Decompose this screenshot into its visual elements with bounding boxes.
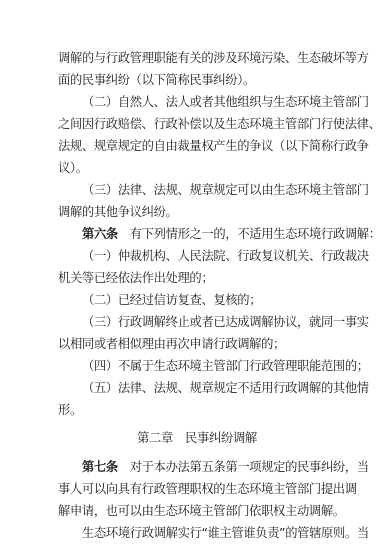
document-page: 调解的与行政管理职能有关的涉及环境污染、生态破坏等方 面的民事纠纷（以下简称民事… <box>0 0 390 551</box>
text-line: （二）已经过信访复查、复核的； <box>58 289 336 311</box>
article-7-heading: 第七条 对于本办法第五条第一项规定的民事纠纷，当 <box>58 456 336 478</box>
text-line: 调解的其他争议纠纷。 <box>58 201 336 223</box>
text-line: 之间因行政赔偿、行政补偿以及生态环境主管部门行使法律、 <box>58 113 336 135</box>
chapter-title: 第二章 民事纠纷调解 <box>58 427 336 449</box>
text-line: 生态环境行政调解实行“谁主管谁负责”的管辖原则。当 <box>58 522 336 544</box>
text-line: （一）仲裁机构、人民法院、行政复议机关、行政裁决 <box>58 245 336 267</box>
article-6-heading: 第六条 有下列情形之一的，不适用生态环境行政调解： <box>58 223 336 245</box>
text-line: 形。 <box>58 399 336 421</box>
text-line: （四）不属于生态环境主管部门行政管理职能范围的； <box>58 355 336 377</box>
article-text: 对于本办法第五条第一项规定的民事纠纷，当 <box>118 460 369 474</box>
article-text: 有下列情形之一的，不适用生态环境行政调解： <box>118 227 381 241</box>
text-line: 议）。 <box>58 157 336 179</box>
text-line: 事人可以向具有行政管理职权的生态环境主管部门提出调 <box>58 478 336 500</box>
text-line: 调解的与行政管理职能有关的涉及环境污染、生态破坏等方 <box>58 47 336 69</box>
article-label: 第六条 <box>82 227 118 241</box>
text-line: 面的民事纠纷（以下简称民事纠纷）。 <box>58 69 336 91</box>
text-line: （二）自然人、法人或者其他组织与生态环境主管部门 <box>58 91 336 113</box>
article-label: 第七条 <box>82 460 118 474</box>
text-line: 法规、规章规定的自由裁量权产生的争议（以下简称行政争 <box>58 135 336 157</box>
text-line: 机关等已经依法作出处理的； <box>58 267 336 289</box>
text-line: （三）法律、法规、规章规定可以由生态环境主管部门 <box>58 179 336 201</box>
text-line: 解申请，也可以由生态环境主管部门依职权主动调解。 <box>58 500 336 522</box>
text-line: （五）法律、法规、规章规定不适用行政调解的其他情 <box>58 377 336 399</box>
text-line: （三）行政调解终止或者已达成调解协议，就同一事实 <box>58 311 336 333</box>
document-body: 调解的与行政管理职能有关的涉及环境污染、生态破坏等方 面的民事纠纷（以下简称民事… <box>58 47 336 544</box>
text-line: 以相同或者相似理由再次申请行政调解的； <box>58 333 336 355</box>
